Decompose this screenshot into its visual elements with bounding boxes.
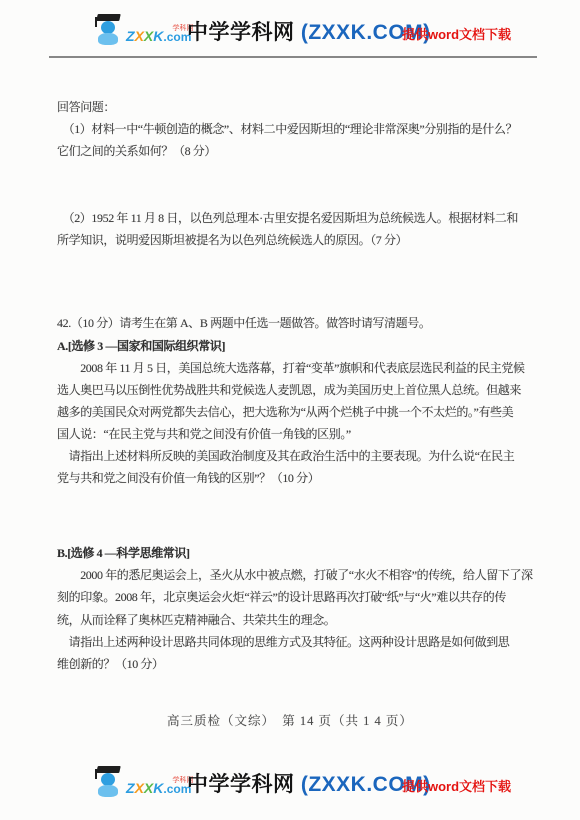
logo-letter: Z: [126, 780, 135, 796]
text-line: 请指出上述材料所反映的美国政治制度及其在政治生活中的主要表现。为什么说“在民主: [57, 445, 525, 467]
text-line: 刻的印象。2008 年，北京奥运会火炬“祥云”的设计思路再次打破“纸”与“火”难…: [57, 586, 525, 608]
download-promo: 提供word文档下载: [402, 24, 511, 43]
logo-letter: Z: [126, 28, 135, 44]
header-divider: [49, 56, 537, 58]
download-promo: 提供word文档下载: [402, 776, 511, 795]
page-number: 高三质检（文综） 第 14 页（共 1 4 页）: [0, 711, 580, 729]
logo-letter: X: [135, 28, 144, 44]
exam-body: 回答问题： （1）材料一中“牛顿创造的概念”、材料二中爱因斯坦的“理论非常深奥”…: [57, 96, 525, 675]
text-line: 2000 年的悉尼奥运会上，圣火从水中被点燃，打破了“水火不相容”的传统，给人留…: [57, 564, 525, 586]
text-line: 2008 年 11 月 5 日，美国总统大选落幕，打着“变革”旗帜和代表底层选民…: [57, 357, 525, 379]
text-line: 42.（10 分）请考生在第 A、B 两题中任选一题做答。做答时请写清题号。: [57, 312, 525, 334]
site-title: 中学学科网 (ZXXK.COM): [187, 16, 431, 46]
text-line: （2）1952 年 11 月 8 日，以色列总理本·古里安提名爱因斯坦为总统候选…: [57, 207, 525, 229]
text-line: 回答问题：: [57, 96, 525, 118]
text-line: （1）材料一中“牛顿创造的概念”、材料二中爱因斯坦的“理论非常深奥”分别指的是什…: [57, 118, 525, 140]
site-name: 中学学科网: [187, 773, 295, 796]
text-line: 维创新的？（10 分）: [57, 653, 525, 675]
site-footer-bar: ZXXK.com 学科网 中学学科网 (ZXXK.COM) 提供word文档下载: [0, 762, 580, 808]
logo-wordmark: ZXXK.com 学科网: [126, 29, 191, 47]
logo-wordmark: ZXXK.com 学科网: [126, 781, 191, 799]
logo-letter: X: [144, 28, 153, 44]
zxxk-logo: ZXXK.com 学科网: [94, 763, 191, 799]
site-name: 中学学科网: [187, 21, 295, 44]
text-line: 党与共和党之间没有价值一角钱的区别”？（10 分）: [57, 467, 525, 489]
section-heading-b: B.[选修 4 —科学思维常识]: [57, 542, 525, 564]
site-title: 中学学科网 (ZXXK.COM): [187, 768, 431, 798]
scanned-exam-page: ZXXK.com 学科网 中学学科网 (ZXXK.COM) 提供word文档下载…: [0, 0, 580, 820]
zxxk-logo: ZXXK.com 学科网: [94, 11, 191, 47]
text-line: 越多的美国民众对两党都失去信心，把大选称为“从两个烂桃子中挑一个不太烂的。”有些…: [57, 401, 525, 423]
logo-letter: X: [144, 780, 153, 796]
text-line: 它们之间的关系如何？（8 分）: [57, 140, 525, 162]
text-line: 所学知识，说明爱因斯坦被提名为以色列总统候选人的原因。（7 分）: [57, 229, 525, 251]
site-header-bar: ZXXK.com 学科网 中学学科网 (ZXXK.COM) 提供word文档下载: [0, 10, 580, 56]
graduate-mascot-icon: [94, 11, 124, 47]
text-line: 统，从而诠释了奥林匹克精神融合、共荣共生的理念。: [57, 609, 525, 631]
graduate-mascot-icon: [94, 763, 124, 799]
section-heading-a: A.[选修 3 —国家和国际组织常识]: [57, 335, 525, 357]
logo-letter: K: [153, 780, 163, 796]
text-line: 国人说：“在民主党与共和党之间没有价值一角钱的区别。”: [57, 423, 525, 445]
logo-letter: X: [135, 780, 144, 796]
text-line: 选人奥巴马以压倒性优势战胜共和党候选人麦凯恩，成为美国历史上首位黑人总统。但越来: [57, 379, 525, 401]
text-line: 请指出上述两种设计思路共同体现的思维方式及其特征。这两种设计思路是如何做到思: [57, 631, 525, 653]
logo-letter: K: [153, 28, 163, 44]
